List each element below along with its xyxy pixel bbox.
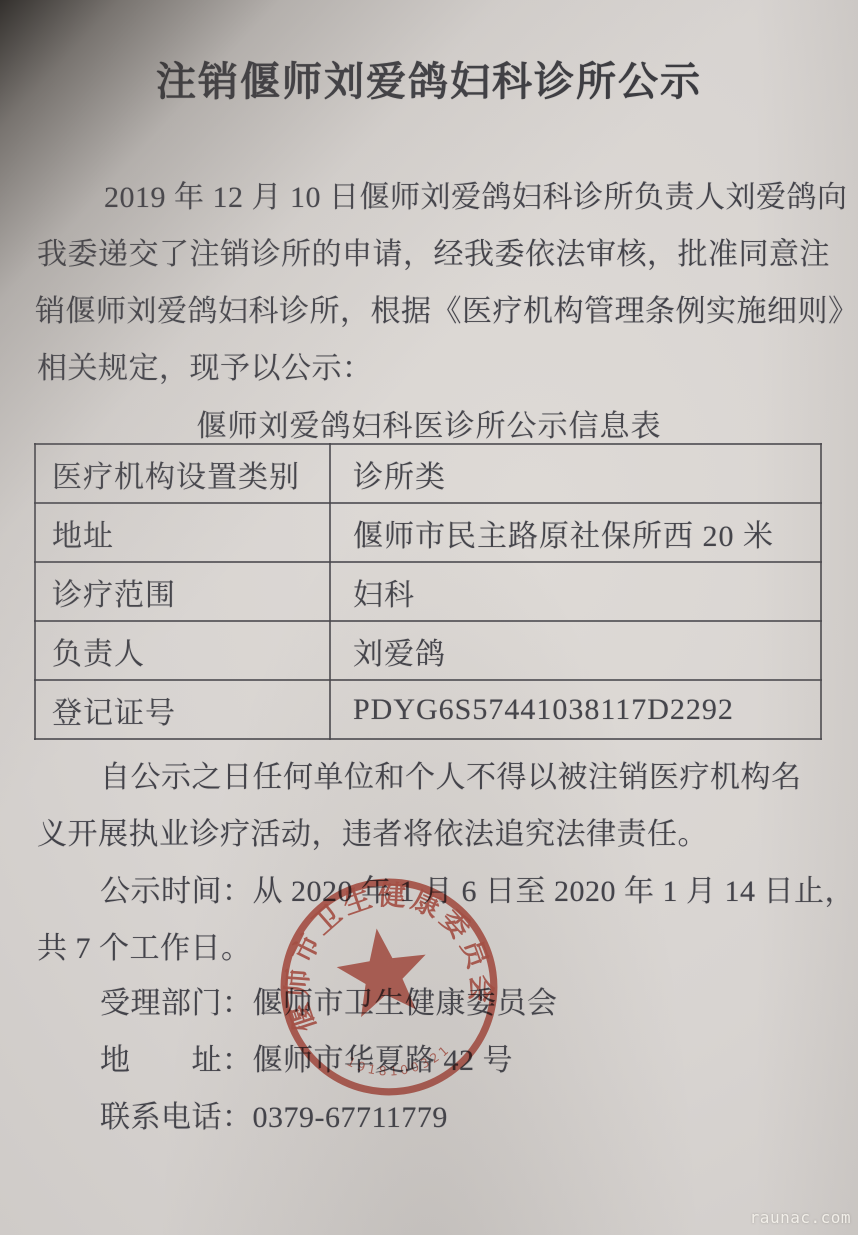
row-value: PDYG6S57441038117D2292 (330, 680, 821, 739)
paragraph1-line2: 我委递交了注销诊所的申请，经我委依法审核，批准同意注 (37, 229, 830, 273)
row-value: 偃师市民主路原社保所西 20 米 (330, 503, 821, 562)
row-value: 刘爱鸽 (330, 621, 821, 680)
info-table: 医疗机构设置类别 诊所类 地址 偃师市民主路原社保所西 20 米 诊疗范围 妇科… (34, 443, 822, 740)
table-row: 医疗机构设置类别 诊所类 (35, 444, 821, 503)
notice-period-line2: 共 7 个工作日。 (37, 923, 252, 967)
seal-star-icon (332, 922, 433, 1019)
row-label: 地址 (35, 503, 330, 562)
paragraph1-line1: 2019 年 12 月 10 日偃师刘爱鸽妇科诊所负责人刘爱鸽向 (104, 172, 848, 216)
table-row: 诊疗范围 妇科 (35, 562, 821, 621)
page-title: 注销偃师刘爱鸽妇科诊所公示 (0, 50, 858, 107)
paragraph1-line3: 销偃师刘爱鸽妇科诊所，根据《医疗机构管理条例实施细则》 (35, 286, 858, 330)
paragraph1-line4: 相关规定，现予以公示： (37, 343, 373, 387)
contact-phone: 联系电话：0379-67711779 (100, 1092, 448, 1136)
row-value: 诊所类 (330, 444, 821, 503)
table-row: 登记证号 PDYG6S57441038117D2292 (35, 680, 821, 739)
row-label: 负责人 (35, 621, 330, 680)
table-row: 负责人 刘爱鸽 (35, 621, 821, 680)
paragraph2-line2: 义开展执业诊疗活动，违者将依法追究法律责任。 (37, 809, 708, 853)
row-label: 诊疗范围 (35, 562, 330, 621)
table-row: 地址 偃师市民主路原社保所西 20 米 (35, 503, 821, 562)
official-seal: 偃师市卫生健康委员会 1918100321 (264, 862, 515, 1113)
document-photo: 注销偃师刘爱鸽妇科诊所公示 2019 年 12 月 10 日偃师刘爱鸽妇科诊所负… (0, 0, 858, 1235)
watermark: raunac.com (750, 1208, 851, 1227)
paragraph2-line1: 自公示之日任何单位和个人不得以被注销医疗机构名 (100, 752, 802, 796)
row-value: 妇科 (330, 562, 821, 621)
row-label: 医疗机构设置类别 (35, 444, 330, 503)
table-caption: 偃师刘爱鸽妇科医诊所公示信息表 (0, 401, 858, 445)
row-label: 登记证号 (35, 680, 330, 739)
